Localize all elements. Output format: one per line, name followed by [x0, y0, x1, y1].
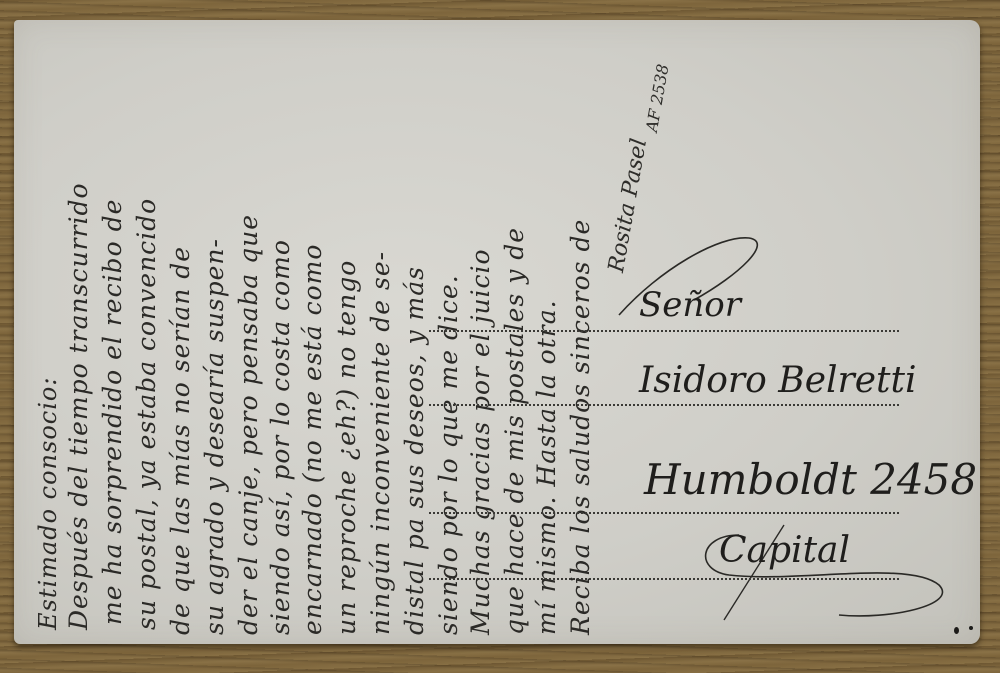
address-line-4	[429, 578, 899, 580]
message-line: siendo así, por lo costa como	[266, 239, 295, 635]
ink-spot	[969, 626, 973, 630]
message-line: Después del tiempo transcurrido	[64, 182, 93, 630]
sender-code: AF 2538	[642, 63, 673, 134]
message-line: su postal, ya estaba convencido	[132, 198, 161, 630]
address-line-3	[429, 512, 899, 514]
message-line: encarnado (no me está como	[298, 244, 327, 635]
message-line: me ha sorprendido el recibo de	[98, 199, 127, 625]
address-city: Capital	[719, 530, 850, 571]
address-salutation: Señor	[639, 285, 741, 325]
address-name: Isidoro Belretti	[639, 360, 917, 401]
address-street: Humboldt 2458	[644, 455, 977, 504]
postcard: Estimado consocio: Después del tiempo tr…	[14, 20, 980, 644]
message-line: distal pa sus deseos, y más	[400, 266, 429, 635]
message-line: der el canje, pero pensaba que	[234, 214, 263, 635]
ink-spot	[954, 627, 959, 634]
address-block: Señor Isidoro Belretti Humboldt 2458 Cap…	[429, 230, 969, 630]
message-line: un reproche ¿eh?) no tengo	[332, 260, 361, 635]
message-line: su agrado y desearía suspen-	[200, 238, 229, 635]
address-line-1	[429, 330, 899, 332]
message-line: ningún inconveniente de se-	[366, 251, 395, 635]
address-line-2	[429, 404, 899, 406]
message-line: de que las mías no serían de	[166, 246, 195, 635]
message-line: Estimado consocio:	[34, 377, 62, 630]
